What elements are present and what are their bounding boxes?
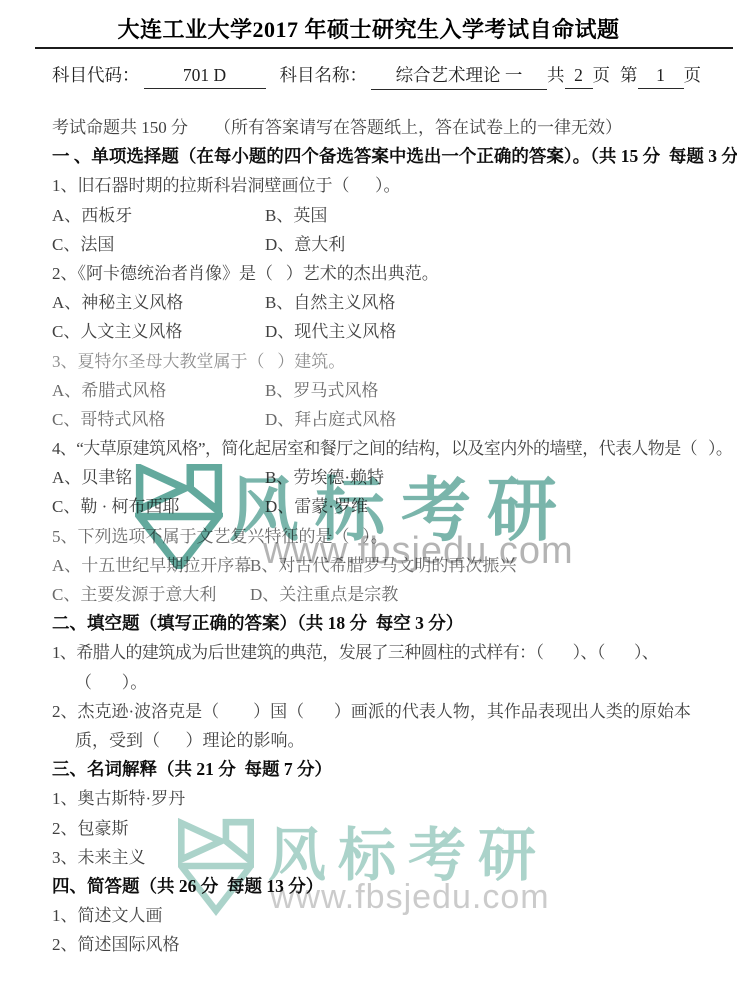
subject-name-label: 科目名称：: [280, 62, 368, 87]
question-1-options-row-2: C、法国 D、意大利: [52, 230, 735, 259]
question-4-option-d: D、雷蒙·罗维: [265, 492, 368, 521]
current-page-value: 1: [638, 65, 684, 89]
subject-header-row: 科目代码：701 D 科目名称：综合艺术理论 一 共2页 第1页: [52, 62, 701, 90]
header-divider: [35, 47, 733, 49]
question-2-option-d: D、现代主义风格: [265, 317, 396, 346]
question-2-option-b: B、自然主义风格: [265, 288, 395, 317]
question-2-options-row-2: C、人文主义风格 D、现代主义风格: [52, 317, 735, 346]
question-5-option-b: B、对古代希腊罗马文明的再次振兴: [250, 551, 516, 580]
short-answer-item-2: 2、简述国际风格: [52, 930, 735, 959]
question-5-option-c: C、主要发源于意大利: [52, 580, 250, 609]
question-1-text: 1、旧石器时期的拉斯科岩洞壁画位于（ ）。: [52, 171, 735, 200]
short-answer-item-1: 1、简述文人画: [52, 901, 735, 930]
question-4-options-row-2: C、勒 · 柯布西耶 D、雷蒙·罗维: [52, 492, 735, 521]
question-1-option-c: C、法国: [52, 230, 265, 259]
exam-paper-page: 大连工业大学2017 年硕士研究生入学考试自命试题 科目代码：701 D 科目名…: [0, 0, 737, 981]
section2-heading: 二、填空题（填写正确的答案）（共 18 分 每空 3 分）: [52, 609, 735, 638]
question-4-options-row-1: A、贝聿铭 B、劳埃德·赖特: [52, 463, 735, 492]
question-5-option-a: A、十五世纪早期拉开序幕: [52, 551, 250, 580]
subject-code-value: 701 D: [144, 65, 266, 89]
question-1-options-row-1: A、西板牙 B、英国: [52, 201, 735, 230]
term-item-1: 1、奥古斯特·罗丹: [52, 784, 735, 813]
subject-name-value: 综合艺术理论 一: [371, 62, 547, 90]
question-1-option-b: B、英国: [265, 201, 327, 230]
answer-instruction-text: （所有答案请写在答题纸上，答在试卷上的一律无效）: [214, 118, 622, 137]
question-5-options-row-2: C、主要发源于意大利 D、关注重点是宗教: [52, 580, 735, 609]
exam-note: 考试命题共 150 分（所有答案请写在答题纸上，答在试卷上的一律无效）: [52, 113, 735, 142]
section4-heading: 四、简答题（共 26 分 每题 13 分）: [52, 872, 735, 901]
term-item-2: 2、包豪斯: [52, 814, 735, 843]
current-page-unit: 页: [684, 62, 702, 87]
question-1-option-d: D、意大利: [265, 230, 345, 259]
total-score-text: 考试命题共 150 分: [52, 118, 188, 137]
total-pages-value: 2: [565, 65, 593, 89]
question-4-text: 4、“大草原建筑风格”，简化起居室和餐厅之间的结构，以及室内外的墙壁，代表人物是…: [52, 434, 735, 463]
fill-question-1-line-2: （ ）。: [52, 668, 735, 697]
fill-question-1-line-1: 1、希腊人的建筑成为后世建筑的典范，发展了三种圆柱的式样有：（ ）、（ ）、: [52, 638, 735, 667]
section3-heading: 三、名词解释（共 21 分 每题 7 分）: [52, 755, 735, 784]
question-3-option-c: C、哥特式风格: [52, 405, 265, 434]
current-page-label: 第: [620, 62, 638, 87]
exam-body: 考试命题共 150 分（所有答案请写在答题纸上，答在试卷上的一律无效） 一 、单…: [52, 113, 735, 959]
question-4-option-b: B、劳埃德·赖特: [265, 463, 384, 492]
subject-code-label: 科目代码：: [52, 62, 140, 87]
fill-question-2-line-2: 质，受到（ ）理论的影响。: [52, 726, 735, 755]
question-3-option-a: A、希腊式风格: [52, 376, 265, 405]
question-5-options-row-1: A、十五世纪早期拉开序幕 B、对古代希腊罗马文明的再次振兴: [52, 551, 735, 580]
question-4-option-a: A、贝聿铭: [52, 463, 265, 492]
question-5-option-d: D、关注重点是宗教: [250, 580, 398, 609]
page-title: 大连工业大学2017 年硕士研究生入学考试自命试题: [0, 0, 737, 44]
question-3-option-d: D、拜占庭式风格: [265, 405, 396, 434]
question-4-option-c: C、勒 · 柯布西耶: [52, 492, 265, 521]
question-3-text: 3、夏特尔圣母大教堂属于（ ）建筑。: [52, 347, 735, 376]
question-5-text: 5、下列选项不属于文艺复兴特征的是（ ）。: [52, 522, 735, 551]
total-pages-label: 共: [547, 62, 565, 87]
question-2-text: 2、《阿卡德统治者肖像》是（ ）艺术的杰出典范。: [52, 259, 735, 288]
question-3-options-row-1: A、希腊式风格 B、罗马式风格: [52, 376, 735, 405]
term-item-3: 3、未来主义: [52, 843, 735, 872]
question-3-options-row-2: C、哥特式风格 D、拜占庭式风格: [52, 405, 735, 434]
question-2-option-a: A、神秘主义风格: [52, 288, 265, 317]
question-3-option-b: B、罗马式风格: [265, 376, 378, 405]
section1-heading: 一 、单项选择题（在每小题的四个备选答案中选出一个正确的答案）。（共 15 分 …: [52, 142, 735, 171]
fill-question-2-line-1: 2、杰克逊·波洛克是（ ）国（ ）画派的代表人物，其作品表现出人类的原始本: [52, 697, 735, 726]
question-1-option-a: A、西板牙: [52, 201, 265, 230]
question-2-options-row-1: A、神秘主义风格 B、自然主义风格: [52, 288, 735, 317]
total-pages-unit: 页: [593, 62, 611, 87]
question-2-option-c: C、人文主义风格: [52, 317, 265, 346]
